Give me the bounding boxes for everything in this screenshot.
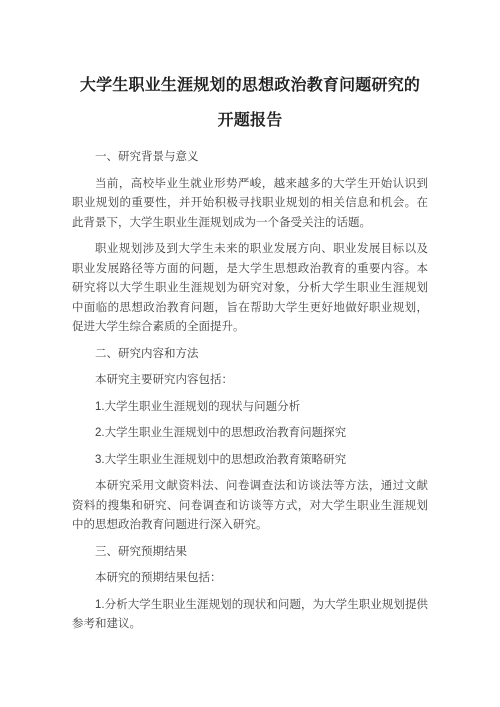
section-2-paragraph-methods: 本研究采用文献资料法、问卷调查法和访谈法等方法，通过文献资料的搜集和研究、问卷调…	[72, 477, 428, 536]
section-2-paragraph-intro: 本研究主要研究内容包括：	[72, 371, 428, 391]
section-1-paragraph-1: 当前，高校毕业生就业形势严峻，越来越多的大学生开始认识到职业规划的重要性，并开始…	[72, 175, 428, 234]
section-1-heading: 一、研究背景与意义	[72, 148, 428, 168]
section-content-methods: 二、研究内容和方法 本研究主要研究内容包括： 1.大学生职业生涯规划的现状与问题…	[72, 345, 428, 536]
section-2-list-item-3: 3.大学生职业生涯规划中的思想政治教育策略研究	[72, 451, 428, 471]
section-expected-results: 三、研究预期结果 本研究的预期结果包括： 1.分析大学生职业生涯规划的现状和问题…	[72, 543, 428, 635]
document-page: 大学生职业生涯规划的思想政治教育问题研究的开题报告 一、研究背景与意义 当前，高…	[0, 0, 500, 707]
document-title: 大学生职业生涯规划的思想政治教育问题研究的开题报告	[72, 68, 428, 138]
section-2-list-item-1: 1.大学生职业生涯规划的现状与问题分析	[72, 398, 428, 418]
section-2-heading: 二、研究内容和方法	[72, 345, 428, 365]
section-1-paragraph-2: 职业规划涉及到大学生未来的职业发展方向、职业发展目标以及职业发展路径等方面的问题…	[72, 240, 428, 338]
section-3-paragraph-intro: 本研究的预期结果包括：	[72, 569, 428, 589]
section-2-list-item-2: 2.大学生职业生涯规划中的思想政治教育问题探究	[72, 424, 428, 444]
section-background-significance: 一、研究背景与意义 当前，高校毕业生就业形势严峻，越来越多的大学生开始认识到职业…	[72, 148, 428, 338]
section-3-list-item-1: 1.分析大学生职业生涯规划的现状和问题，为大学生职业规划提供参考和建议。	[72, 596, 428, 635]
section-3-heading: 三、研究预期结果	[72, 543, 428, 563]
